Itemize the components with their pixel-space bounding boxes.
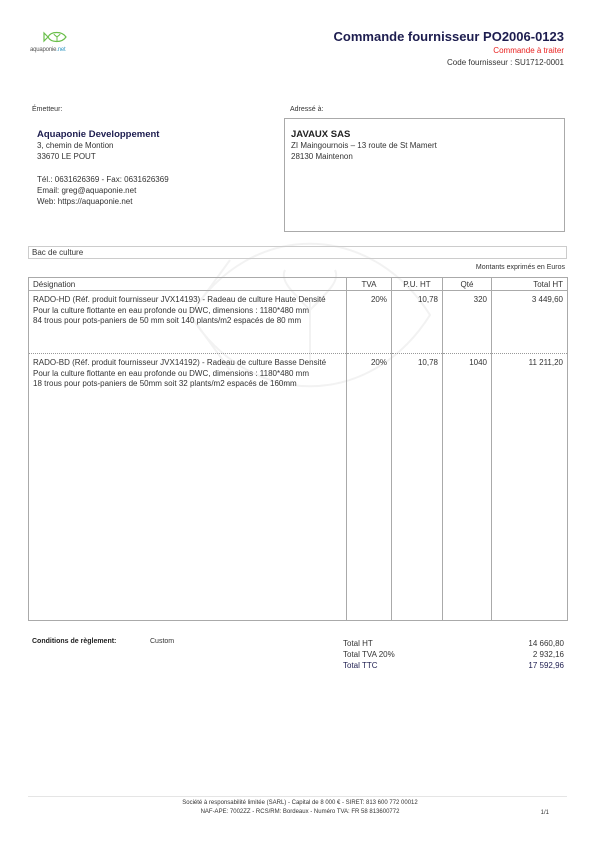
col-vat: TVA <box>347 278 392 291</box>
recipient-address-2: 28130 Maintenon <box>291 152 353 161</box>
total-ht-label: Total HT <box>343 639 373 648</box>
line-designation: RADO-BD (Réf. produit fournisseur JVX141… <box>29 354 347 621</box>
document-title: Commande fournisseur PO2006-0123 <box>334 29 564 44</box>
project-name: Bac de culture <box>28 246 567 259</box>
total-ttc-label: Total TTC <box>343 661 378 670</box>
currency-note: Montants exprimés en Euros <box>476 264 565 271</box>
line-desc-1: Pour la culture flottante en eau profond… <box>33 369 342 380</box>
order-lines-table: Désignation TVA P.U. HT Qté Total HT RAD… <box>28 277 568 621</box>
logo-text: aquaponie.net <box>30 47 65 53</box>
sender-label: Émetteur: <box>32 106 62 113</box>
payment-terms-label: Conditions de règlement: <box>32 638 116 645</box>
line-desc-2: 84 trous pour pots-paniers de 50 mm soit… <box>33 316 342 327</box>
payment-terms-value: Custom <box>150 638 174 645</box>
line-designation: RADO-HD (Réf. produit fournisseur JVX141… <box>29 291 347 354</box>
sender-email[interactable]: Email: greg@aquaponie.net <box>37 186 136 195</box>
line-desc-2: 18 trous pour pots-paniers de 50mm soit … <box>33 379 342 390</box>
footer-divider <box>28 796 567 797</box>
col-qty: Qté <box>443 278 492 291</box>
sender-address-2: 33670 LE POUT <box>37 152 96 161</box>
table-row: RADO-HD (Réf. produit fournisseur JVX141… <box>29 291 568 354</box>
supplier-code: Code fournisseur : SU1712-0001 <box>447 58 564 67</box>
total-vat-value: 2 932,16 <box>533 650 564 659</box>
line-qty: 320 <box>443 291 492 354</box>
line-desc-1: Pour la culture flottante en eau profond… <box>33 306 342 317</box>
recipient-name: JAVAUX SAS <box>291 129 350 140</box>
line-unit-price: 10,78 <box>392 291 443 354</box>
table-header-row: Désignation TVA P.U. HT Qté Total HT <box>29 278 568 291</box>
page-number: 1/1 <box>541 810 549 816</box>
recipient-label: Adressé à: <box>290 106 323 113</box>
total-ht-value: 14 660,80 <box>528 639 564 648</box>
line-title: RADO-BD (Réf. produit fournisseur JVX141… <box>33 358 342 369</box>
total-vat-label: Total TVA 20% <box>343 650 395 659</box>
footer-legal-2: NAF-APE: 7002ZZ - RCS/RM: Bordeaux - Num… <box>100 809 500 815</box>
line-qty: 1040 <box>443 354 492 621</box>
sender-name: Aquaponie Developpement <box>37 129 159 140</box>
col-total: Total HT <box>492 278 568 291</box>
col-designation: Désignation <box>29 278 347 291</box>
sender-phone: Tél.: 0631626369 - Fax: 0631626369 <box>37 175 169 184</box>
line-vat: 20% <box>347 354 392 621</box>
line-title: RADO-HD (Réf. produit fournisseur JVX141… <box>33 295 342 306</box>
line-vat: 20% <box>347 291 392 354</box>
table-row: RADO-BD (Réf. produit fournisseur JVX141… <box>29 354 568 621</box>
company-logo: aquaponie.net <box>30 30 80 56</box>
recipient-address-1: ZI Maingournois – 13 route de St Mamert <box>291 141 437 150</box>
total-ttc-value: 17 592,96 <box>528 661 564 670</box>
sender-web[interactable]: Web: https://aquaponie.net <box>37 197 132 206</box>
col-unit-price: P.U. HT <box>392 278 443 291</box>
line-total: 3 449,60 <box>492 291 568 354</box>
line-total: 11 211,20 <box>492 354 568 621</box>
footer-legal-1: Société à responsabilité limitée (SARL) … <box>100 800 500 806</box>
fish-sprout-icon <box>42 30 68 44</box>
sender-address-1: 3, chemin de Montion <box>37 141 114 150</box>
status-badge: Commande à traiter <box>493 46 564 55</box>
line-unit-price: 10,78 <box>392 354 443 621</box>
